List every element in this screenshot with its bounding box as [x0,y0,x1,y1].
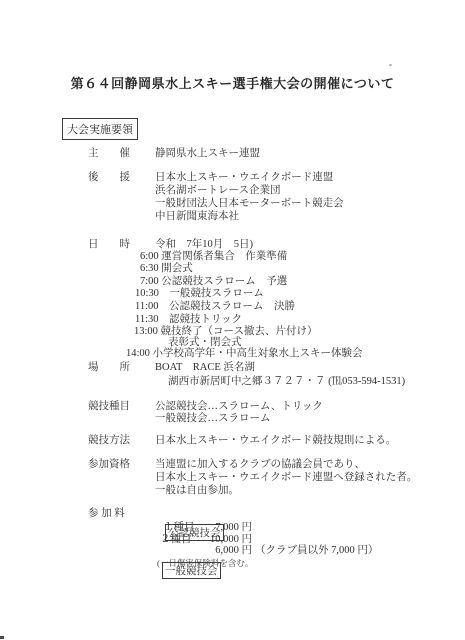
events-line: 一般競技会…スラローム [155,413,271,425]
eligibility-line: 当連盟に加入するクラブの協議会員であり、 [155,459,365,471]
fees-label: 参 加 料 [88,508,125,520]
support-line: 日本水上スキー・ウエイクボード連盟 [155,172,333,184]
schedule-line: 14:00 小学校高学年・中高生対象水上スキー体験会 [126,348,363,360]
fee-item-price: 7,000 円 [185,522,252,534]
events-line: 公認競技会…スラローム、トリック [155,401,323,413]
datetime-label: 日 時 [88,239,130,251]
support-line: 浜名湖ボートレース企業団 [155,185,280,197]
schedule-line: 6:30 開会式 [140,263,193,275]
venue-label: 場 所 [88,362,130,374]
schedule-line: 10:30 一般競技スラローム [135,288,264,300]
eligibility-label: 参加資格 [88,459,130,471]
schedule-line: 11:30 認競技トリック [135,314,242,326]
eligibility-line: 日本水上スキー・ウエイクボード連盟へ登録された者。 [155,472,417,484]
eligibility-line: 一般は自由参加。 [155,485,239,497]
venue-address: 湖西市新居町中之郷３７２７・７ (℡053-594-1531) [168,376,405,388]
schedule-line: 7:00 公認競技スラローム 予選 [140,276,287,288]
rules-label: 競技方法 [88,435,130,447]
page-title: 第６４回静岡県水上スキー選手権大会の開催について [0,73,465,92]
insurance-note: (一日傷害保険料を含む。 [157,557,253,569]
document-page: 第６４回静岡県水上スキー選手権大会の開催について 大会実施要領 主 催 静岡県水… [0,0,465,640]
support-label: 後 援 [88,172,130,184]
scan-artifact-corner [0,636,4,639]
schedule-line: 6:00 運営関係者集合 作業準備 [140,251,287,263]
events-label: 競技種目 [88,401,130,413]
venue-name: BOAT RACE 浜名湖 [155,362,255,374]
organizer-label: 主 催 [88,148,130,160]
support-line: 中日新聞東海本社 [155,211,239,223]
scan-artifact-dot [389,64,392,66]
support-line: 一般財団法人日本モーターボート競走会 [155,198,344,210]
general-fee-price: 6,000 円 [185,545,252,557]
section-heading-box: 大会実施要領 [62,118,138,140]
organizer-value: 静岡県水上スキー連盟 [155,148,260,160]
rules-value: 日本水上スキー・ウエイクボード競技規則による。 [155,435,396,447]
schedule-line: 11:00 公認競技スラローム 決勝 [135,301,295,313]
general-fee-extra: （クラブ員以外 7,000 円） [255,545,378,557]
date-value: 令和 7年10月 5日) [155,239,253,251]
